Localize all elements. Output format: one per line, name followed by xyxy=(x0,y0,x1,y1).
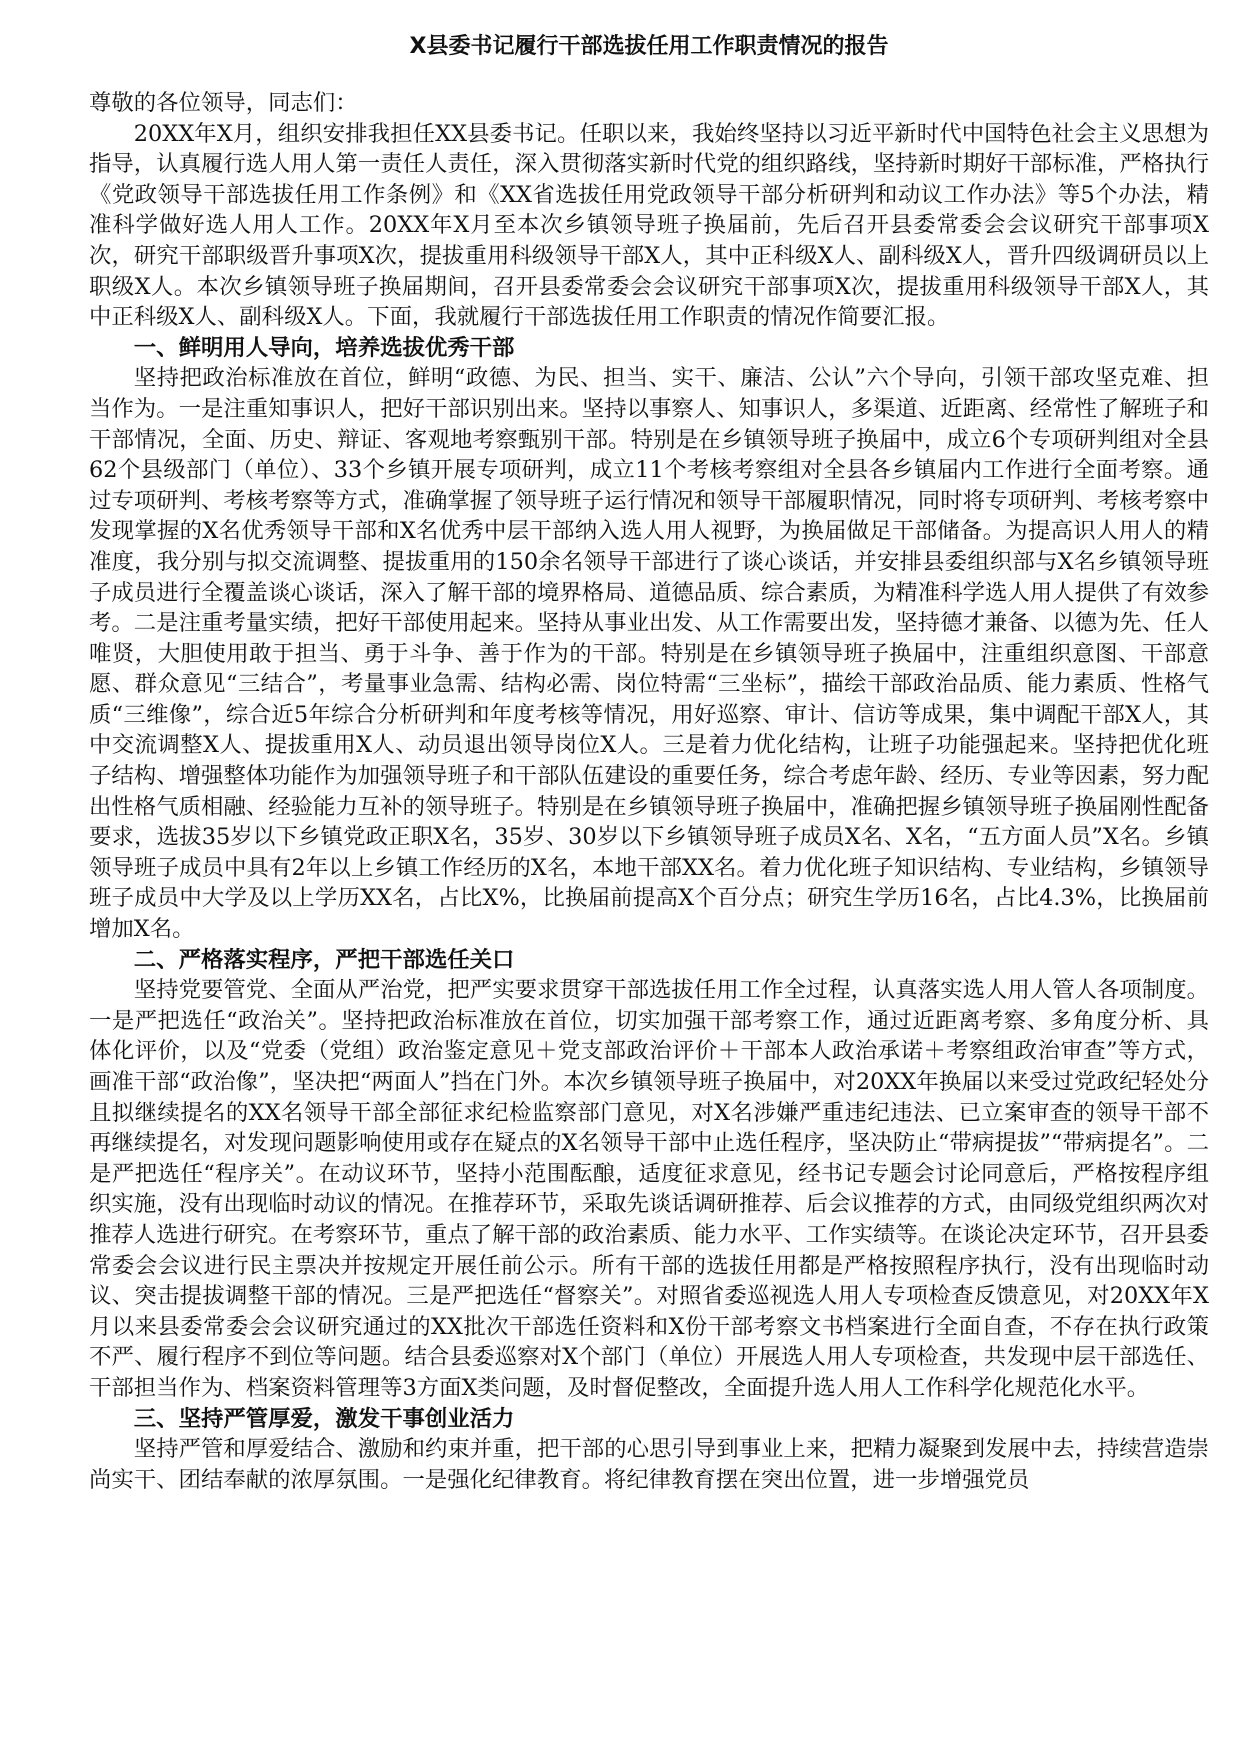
section-2-body: 坚持党要管党、全面从严治党，把严实要求贯穿干部选拔任用工作全过程，认真落实选人用… xyxy=(89,975,1209,1403)
salutation: 尊敬的各位领导，同志们： xyxy=(89,88,1209,119)
section-1-body: 坚持把政治标准放在首位，鲜明“政德、为民、担当、实干、廉洁、公认”六个导向，引领… xyxy=(89,363,1209,944)
section-3-body: 坚持严管和厚爱结合、激励和约束并重，把干部的心思引导到事业上来，把精力凝聚到发展… xyxy=(89,1434,1209,1495)
intro-paragraph: 20XX年X月，组织安排我担任XX县委书记。任职以来，我始终坚持以习近平新时代中… xyxy=(89,119,1209,333)
document-page: X县委书记履行干部选拔任用工作职责情况的报告 尊敬的各位领导，同志们： 20XX… xyxy=(89,28,1209,1495)
document-title: X县委书记履行干部选拔任用工作职责情况的报告 xyxy=(89,28,1209,66)
section-1-heading: 一、鲜明用人导向，培养选拔优秀干部 xyxy=(89,333,1209,364)
section-3-heading: 三、坚持严管厚爱，激发干事创业活力 xyxy=(89,1404,1209,1435)
section-2-heading: 二、严格落实程序，严把干部选任关口 xyxy=(89,945,1209,976)
